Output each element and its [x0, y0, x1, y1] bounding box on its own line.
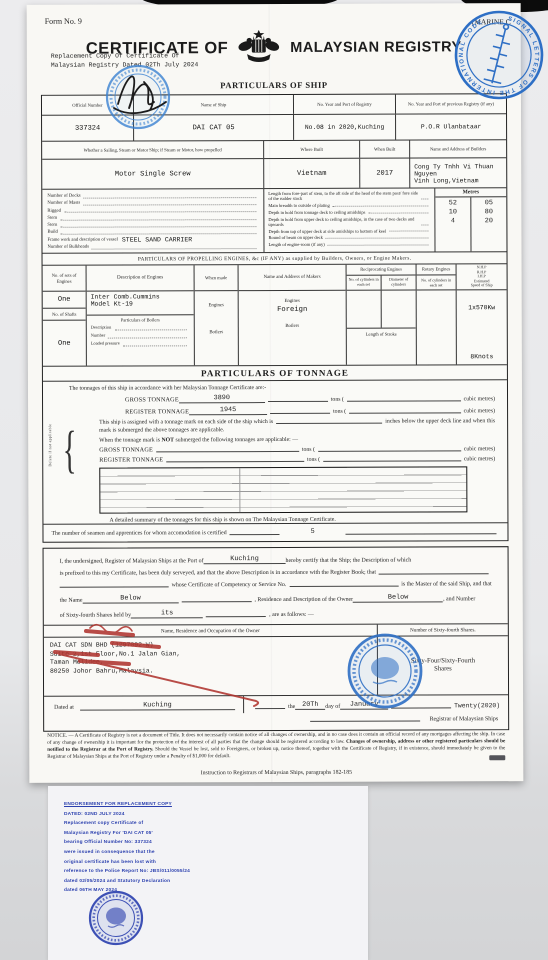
engine-makers-column: Name and Address of Makers Engines Forei…	[239, 265, 347, 365]
blank-line	[156, 451, 299, 452]
register-tonnage-label: REGISTER TONNAGE	[125, 408, 189, 415]
owner-residence-ref-value: Below	[353, 593, 443, 602]
engine-description-value: Inter Comb.Cummins Model Kt-19	[87, 291, 194, 315]
blue-round-stamp-with-signature	[100, 60, 180, 134]
speed-value: 8Knots	[457, 353, 507, 360]
power-header-line: Speed of Ship	[457, 283, 507, 288]
dotted-leader	[60, 226, 256, 228]
not-submerged-post: submerged the following tonnages are app…	[174, 437, 298, 443]
form-number: Form No. 9	[45, 17, 82, 26]
makers-engines-label: Engines	[239, 299, 346, 304]
certification-text: I, the undersigned, Register of Malaysia…	[44, 547, 508, 625]
blank-line	[60, 586, 169, 587]
dimension-label: Depth in hold from upper deck to ceiling…	[268, 216, 418, 227]
register-tonnage-value: 1945	[189, 406, 267, 415]
hull-label: Number of Masts	[47, 200, 80, 207]
dotted-leader	[92, 248, 257, 250]
not-submerged-pre: When the tonnage mark is	[99, 437, 161, 443]
dimension-decimals: 80	[471, 208, 506, 217]
value-builders: Cong Ty Tnhh Vi Thuan Nguyen Vinh Long,V…	[410, 158, 506, 187]
makers-value: Foreign	[239, 306, 346, 314]
ship-particulars-table: Official Number Name of Ship No. Year an…	[41, 93, 509, 543]
seamen-value: 5	[283, 528, 343, 536]
value-propulsion: Motor Single Screw	[42, 159, 264, 189]
build-header-row: Whether a Sailing, Steam or Motor Ship; …	[42, 140, 506, 160]
small-ink-mark	[489, 755, 505, 760]
tons-label: tons (	[302, 447, 315, 453]
hull-label: Number of Decks	[47, 193, 80, 200]
dotted-leader	[84, 197, 257, 199]
blank-line	[347, 400, 461, 401]
blank-line	[276, 422, 382, 423]
blank-line	[346, 533, 497, 535]
dotted-leader	[368, 212, 428, 213]
header-rotary-cylinders: No. of cylinders in each set	[417, 275, 456, 290]
blank-line	[181, 601, 251, 602]
blank-line	[166, 460, 304, 461]
blank-line	[318, 450, 461, 451]
cubic-metres-label: cubic metres)	[464, 408, 495, 414]
dimension-label: Main breadth to outside of plating	[268, 203, 329, 208]
dimension-label: Depth in hold from tonnage deck to ceili…	[268, 209, 365, 215]
dimension-metres: 52	[435, 199, 470, 208]
tons-label: tons (	[307, 456, 320, 462]
engine-description-line2: Model Kt-19	[91, 300, 190, 307]
header-rotary: Rotary Engines	[417, 264, 456, 275]
instruction-line: Instruction to Registrars of Malaysian S…	[29, 769, 523, 777]
dimension-label: Round of beam on upper deck	[268, 235, 322, 240]
rotary-engines-column: Rotary Engines No. of cylinders in each …	[417, 264, 457, 364]
dotted-leader	[108, 337, 187, 338]
tonnage-intro: The tonnages of this ship in accordance …	[57, 384, 495, 392]
hull-labels-column: Number of Decks Number of Masts Rigged S…	[42, 189, 264, 253]
delete-if-not-applicable-note: Delete if not applicable	[48, 424, 52, 467]
endorsement-line: Replacement copy Certificate of	[64, 819, 368, 829]
hull-block: Number of Decks Number of Masts Rigged S…	[42, 188, 506, 254]
value-when-built: 2017	[360, 159, 410, 188]
dotted-leader	[333, 205, 429, 206]
build-value-row: Motor Single Screw Vietnam 2017 Cong Ty …	[42, 158, 506, 190]
endorsement-line: Malaysian Registry For 'DAI CAT 05'	[64, 829, 368, 839]
hull-label: Number of Bulkheads	[47, 244, 88, 251]
dimension-decimals: 20	[471, 217, 506, 226]
day-of-label: day of	[325, 704, 340, 710]
registrar-round-stamp	[344, 630, 426, 712]
endorsement-line: bearing Official Number No: 337324	[64, 838, 368, 848]
box-divider	[239, 468, 240, 512]
gross-tonnage-value: 3890	[179, 394, 265, 403]
dotted-leader	[123, 345, 187, 346]
length-of-stroke-label: Length of Stroke	[347, 327, 416, 365]
dimension-label: Length from fore-part of stem, to the af…	[268, 190, 418, 201]
boiler-row-label: Loaded pressure	[91, 340, 120, 348]
header-propulsion: Whether a Sailing, Steam or Motor Ship; …	[42, 141, 264, 159]
signal-letters-stamp: SIGNAL LETTERS OF THE INTERNATIONAL CODE	[450, 6, 548, 104]
notice-paragraph: NOTICE. — A Certificate of Registry is n…	[47, 731, 505, 760]
cert-line2: is prefixed to this my Certificate, has …	[60, 570, 376, 577]
hull-label: Stem	[47, 215, 57, 222]
dotted-leader	[421, 198, 428, 199]
tonnage-mark-line2: mark is submerged the above tonnages are…	[99, 426, 495, 433]
endorsement-line: dated 02/05/2024 and Statutory Declarati…	[64, 877, 368, 887]
power-column: N.H.P R.H.P I.H.P Estimated Speed of Shi…	[457, 264, 507, 364]
dimension-label: Length of engine-room (if any)	[268, 242, 324, 247]
dotted-leader	[421, 224, 428, 225]
tons-label: tons (	[331, 397, 344, 403]
engine-when-made-column: When made Engines Boilers	[195, 265, 239, 365]
tonnage-mark-pre: This ship is assigned with a tonnage mar…	[99, 419, 273, 426]
dimension-label: Depth from top of upper deck at side ami…	[268, 228, 386, 234]
year-value: Twenty(2020)	[454, 702, 500, 709]
dimension-metres: 10	[435, 208, 470, 217]
blank-line	[230, 534, 280, 535]
dotted-leader	[389, 231, 428, 232]
empty-tonnage-box	[99, 466, 467, 513]
header-builders: Name and Address of Builders	[410, 140, 506, 157]
header-when-made: When made	[195, 265, 238, 291]
when-made-engines-label: Engines	[195, 303, 238, 308]
engine-description-column: Description of Engines Inter Comb.Cummin…	[87, 265, 195, 365]
cert-line1-pre: I, the undersigned, Register of Malaysia…	[60, 558, 204, 565]
dimension-labels-column: Length from fore-part of stem, to the af…	[264, 188, 435, 252]
seamen-row: The number of seamen and apprentices for…	[43, 522, 507, 542]
dotted-leader	[114, 329, 187, 330]
title-malaysian-registry: MALAYSIAN REGISTRY	[290, 39, 462, 56]
cert-line3-mid: whose Certificate of Competency or Servi…	[172, 582, 287, 588]
dimension-decimals: 05	[471, 199, 506, 208]
value-previous-registry: P.O.R Ulanbataar	[396, 114, 506, 139]
dotted-leader	[61, 233, 257, 235]
endorsement-title: ENDORSEMENT FOR REPLACEMENT COPY	[64, 800, 368, 810]
blank-line	[270, 412, 330, 413]
endorsement-line: original certificate has been lost with	[64, 858, 368, 868]
tonnage-section-title: PARTICULARS OF TONNAGE	[43, 364, 507, 382]
value-registry: No.08 in 2020,Kuching	[294, 115, 396, 140]
header-cylinders-each-set: No. of cylinders in each set	[347, 276, 382, 290]
header-reciprocating: Reciprocating Engines	[347, 265, 416, 276]
hull-label: Build	[47, 229, 57, 236]
cylinders-value-blank	[347, 291, 382, 328]
header-cylinder-diameter: Diameter of cylinders	[382, 276, 416, 290]
tons-label: tons (	[333, 408, 346, 414]
diameter-value-blank	[382, 291, 416, 328]
tonnage-body: The tonnages of this ship in accordance …	[43, 380, 507, 524]
dotted-leader	[64, 211, 256, 213]
owner-name-ref-value: Below	[82, 594, 178, 603]
endorsement-line: were issued in consequence that the	[64, 848, 368, 858]
not-submerged-line: When the tonnage mark is NOT submerged t…	[99, 436, 495, 443]
dotted-leader	[328, 244, 429, 245]
endorsement-line: reference to the Police Report No: JBS/0…	[64, 867, 368, 877]
endorsement-line: DATED: 02ND JULY 2024	[64, 810, 368, 820]
gross-tonnage2-label: GROSS TONNAGE	[99, 446, 153, 453]
power-value: 1x570Kw	[457, 304, 507, 311]
register-tonnage2-label: REGISTER TONNAGE	[99, 456, 163, 463]
dotted-leader	[326, 238, 429, 239]
cert-line1-post: hereby certify that the Ship; the Descri…	[286, 558, 412, 564]
metres-column: Metres 52 10 4 05 80 20	[435, 188, 506, 251]
engines-table: No. of sets of Engines One No. of Shafts…	[43, 264, 507, 366]
header-engine-sets: No. of sets of Engines	[43, 266, 86, 292]
red-pen-strikethrough-marks	[40, 615, 310, 715]
header-engine-description: Description of Engines	[87, 265, 194, 291]
cubic-metres-label: cubic metres)	[464, 396, 495, 402]
gross-tonnage-label: GROSS TONNAGE	[125, 396, 179, 403]
hull-label: Frame work and description of vessel	[47, 236, 117, 244]
brace-glyph: {	[63, 422, 77, 480]
builders-line1: Cong Ty Tnhh Vi Thuan Nguyen	[414, 163, 502, 177]
blank-line	[379, 573, 489, 574]
cubic-metres-label: cubic metres)	[464, 446, 495, 452]
metres-whole-column: 52 10 4	[435, 197, 471, 251]
boiler-row-label: Description	[91, 324, 112, 332]
scanned-photo: Form No. 9 (MARINE C CERTIFICATE OF	[0, 0, 548, 960]
value-engine-sets: One	[43, 292, 86, 309]
cert-line4-mid: , Residence and Description of the Owner	[254, 597, 353, 603]
tonnage-summary: A detailed summary of the tonnages for t…	[109, 516, 495, 523]
malaysia-crest-icon	[238, 30, 280, 66]
label-no-of-shafts: No. of Shafts	[43, 309, 86, 321]
header-registry: No. Year and Port of Registry	[294, 95, 396, 114]
not-submerged-bold: NOT	[161, 437, 174, 443]
signature-line	[311, 720, 421, 721]
when-made-boilers-label: Boilers	[195, 330, 238, 335]
value-no-of-shafts: One	[43, 321, 86, 366]
metres-header: Metres	[435, 188, 506, 197]
header-makers: Name and Address of Makers	[239, 265, 346, 291]
blank-line	[349, 412, 461, 413]
tonnage-mark-post: inches below the upper deck line and whe…	[385, 418, 495, 424]
blank-line	[289, 586, 398, 587]
seamen-label: The number of seamen and apprentices for…	[51, 530, 226, 537]
builders-line2: Vinh Long,Vietnam	[414, 177, 502, 184]
metres-decimal-column: 05 80 20	[471, 197, 506, 251]
reciprocating-engines-column: Reciprocating Engines No. of cylinders i…	[347, 265, 417, 365]
cubic-metres-label: cubic metres)	[464, 456, 495, 462]
frame-description-value: STEEL SAND CARRIER	[122, 236, 192, 244]
rotary-value-blank	[417, 290, 456, 364]
engine-sets-column: No. of sets of Engines One No. of Shafts…	[43, 266, 87, 366]
metres-values: 52 10 4 05 80 20	[435, 197, 506, 251]
endorsement-round-stamp	[86, 888, 146, 948]
cert-line4-post: , and Number	[443, 596, 475, 602]
hull-label: Stern	[47, 222, 57, 229]
header-when-built: When Built	[360, 141, 410, 158]
blank-line	[268, 401, 328, 402]
makers-boilers-label: Boilers	[239, 324, 346, 329]
cert-line3-post: is the Master of the said Ship, and that	[401, 581, 492, 587]
port-of-registry-value: Kuching	[204, 555, 286, 564]
registrar-label: Registrar of Malaysian Ships	[430, 716, 499, 722]
boiler-row-label: Number	[91, 332, 105, 340]
cert-line4-pre: the Name	[60, 598, 83, 604]
dotted-leader	[83, 204, 256, 206]
hull-label: Rigged	[47, 207, 61, 214]
value-where-built: Vietnam	[264, 159, 360, 188]
header-where-built: Where Built	[264, 141, 360, 158]
blank-line	[323, 460, 461, 461]
dimension-metres: 4	[435, 217, 470, 226]
dotted-leader	[60, 219, 256, 221]
